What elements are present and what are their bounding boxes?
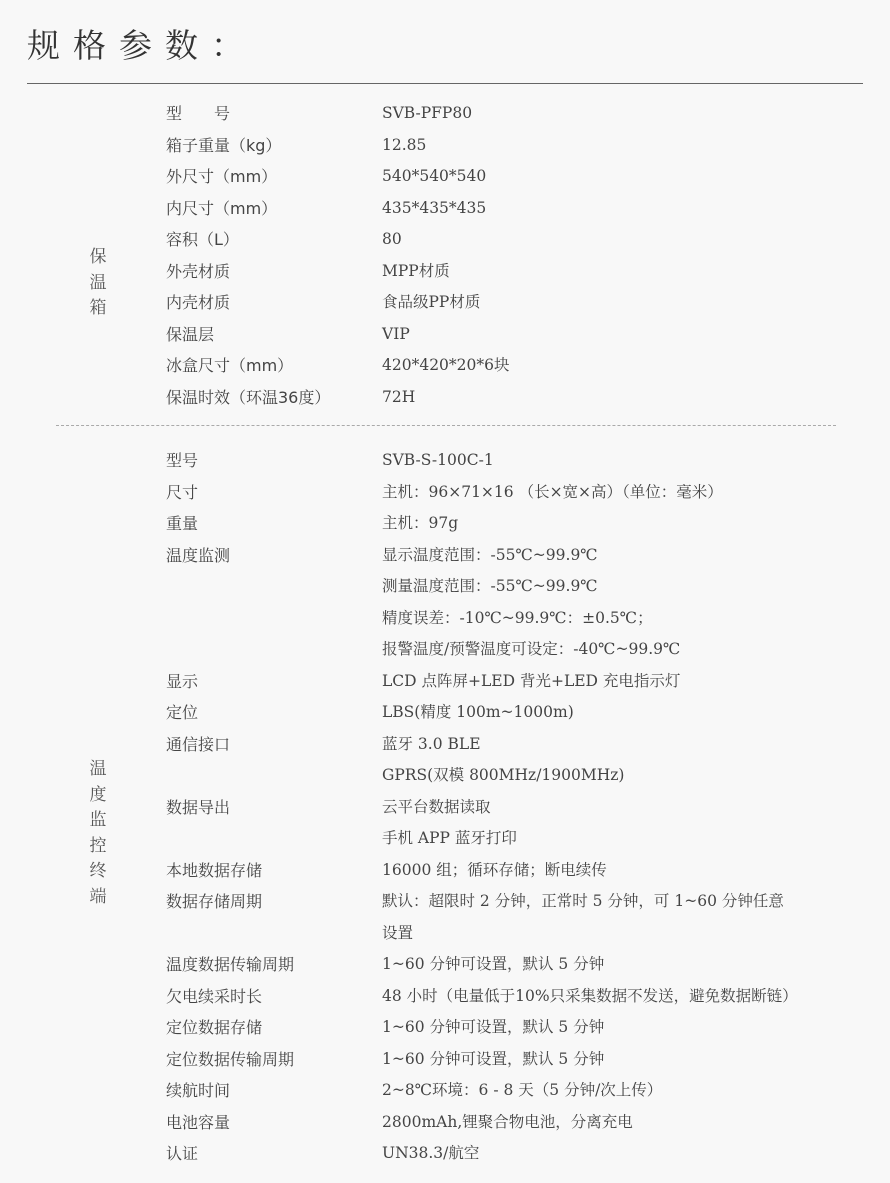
spec-key: 重量 [166, 508, 198, 540]
spec-row: 数据导出云平台数据读取 [0, 792, 890, 824]
spec-row: 冰盒尺寸（mm）420*420*20*6块 [0, 350, 890, 382]
spec-key: 温度监测 [166, 540, 230, 572]
spec-key: 定位数据存储 [166, 1012, 262, 1044]
spec-key: 型号 [166, 445, 198, 477]
spec-key: 内壳材质 [166, 287, 230, 319]
spec-value: 测量温度范围：-55℃~99.9℃ [382, 571, 598, 603]
spec-value: 72H [382, 382, 415, 414]
spec-row: 尺寸主机：96×71×16 （长×宽×高）（单位：毫米） [0, 477, 890, 509]
spec-value: VIP [382, 319, 410, 351]
spec-key: 定位数据传输周期 [166, 1044, 294, 1076]
spec-value: 主机：96×71×16 （长×宽×高）（单位：毫米） [382, 477, 723, 509]
spec-row: 欠电续采时长48 小时（电量低于10%只采集数据不发送，避免数据断链） [0, 981, 890, 1013]
spec-row: 重量主机：97g [0, 508, 890, 540]
spec-row: 定位数据存储1~60 分钟可设置，默认 5 分钟 [0, 1012, 890, 1044]
spec-value: 主机：97g [382, 508, 458, 540]
spec-value: 12.85 [382, 130, 426, 162]
spec-value: 2800mAh,锂聚合物电池，分离充电 [382, 1107, 633, 1139]
spec-value: 420*420*20*6块 [382, 350, 510, 382]
spec-key: 外尺寸（mm） [166, 161, 277, 193]
spec-value: 显示温度范围：-55℃~99.9℃ [382, 540, 598, 572]
spec-key: 容积（L） [166, 224, 239, 256]
spec-row: 内壳材质食品级PP材质 [0, 287, 890, 319]
spec-key: 保温层 [166, 319, 214, 351]
spec-row: 型 号SVB-PFP80 [0, 98, 890, 130]
spec-value: 手机 APP 蓝牙打印 [382, 823, 517, 855]
spec-row: 手机 APP 蓝牙打印 [0, 823, 890, 855]
spec-value: 1~60 分钟可设置，默认 5 分钟 [382, 1012, 604, 1044]
spec-value: 16000 组；循环存储；断电续传 [382, 855, 607, 887]
spec-value: 云平台数据读取 [382, 792, 491, 824]
spec-value: 2~8℃环境：6 - 8 天（5 分钟/次上传） [382, 1075, 662, 1107]
spec-value: 80 [382, 224, 402, 256]
spec-key: 尺寸 [166, 477, 198, 509]
spec-key: 外壳材质 [166, 256, 230, 288]
spec-value: 蓝牙 3.0 BLE [382, 729, 481, 761]
spec-key: 保温时效（环温36度） [166, 382, 330, 414]
spec-value: 435*435*435 [382, 193, 486, 225]
spec-row: 温度监测显示温度范围：-55℃~99.9℃ [0, 540, 890, 572]
spec-row: GPRS(双模 800MHz/1900MHz) [0, 760, 890, 792]
spec-row: 本地数据存储16000 组；循环存储；断电续传 [0, 855, 890, 887]
spec-value: SVB-S-100C-1 [382, 445, 494, 477]
spec-key: 内尺寸（mm） [166, 193, 277, 225]
spec-key: 通信接口 [166, 729, 230, 761]
spec-row: 型号SVB-S-100C-1 [0, 445, 890, 477]
spec-value: SVB-PFP80 [382, 98, 472, 130]
spec-key: 数据存储周期 [166, 886, 262, 918]
spec-value: 默认：超限时 2 分钟，正常时 5 分钟，可 1~60 分钟任意 [382, 886, 784, 918]
spec-row: 箱子重量（kg）12.85 [0, 130, 890, 162]
spec-key: 定位 [166, 697, 198, 729]
spec-value: 设置 [382, 918, 413, 950]
spec-value: 报警温度/预警温度可设定：-40℃~99.9℃ [382, 634, 680, 666]
spec-row: 内尺寸（mm）435*435*435 [0, 193, 890, 225]
spec-key: 欠电续采时长 [166, 981, 262, 1013]
spec-value: 1~60 分钟可设置，默认 5 分钟 [382, 1044, 604, 1076]
spec-key: 型 号 [166, 98, 230, 130]
spec-value: MPP材质 [382, 256, 450, 288]
spec-value: 食品级PP材质 [382, 287, 480, 319]
spec-value: 540*540*540 [382, 161, 486, 193]
spec-key: 箱子重量（kg） [166, 130, 281, 162]
spec-key: 数据导出 [166, 792, 230, 824]
spec-row: 设置 [0, 918, 890, 950]
spec-row: 电池容量2800mAh,锂聚合物电池，分离充电 [0, 1107, 890, 1139]
spec-value: LBS(精度 100m~1000m) [382, 697, 574, 729]
spec-row: 数据存储周期默认：超限时 2 分钟，正常时 5 分钟，可 1~60 分钟任意 [0, 886, 890, 918]
spec-row: 外壳材质MPP材质 [0, 256, 890, 288]
spec-key: 续航时间 [166, 1075, 230, 1107]
spec-value: GPRS(双模 800MHz/1900MHz) [382, 760, 624, 792]
spec-row: 温度数据传输周期1~60 分钟可设置，默认 5 分钟 [0, 949, 890, 981]
spec-row: 精度误差：-10℃~99.9℃：±0.5℃； [0, 603, 890, 635]
spec-row: 定位数据传输周期1~60 分钟可设置，默认 5 分钟 [0, 1044, 890, 1076]
spec-row: 测量温度范围：-55℃~99.9℃ [0, 571, 890, 603]
spec-value: 精度误差：-10℃~99.9℃：±0.5℃； [382, 603, 653, 635]
title-divider [27, 83, 863, 84]
spec-value: LCD 点阵屏+LED 背光+LED 充电指示灯 [382, 666, 680, 698]
spec-key: 温度数据传输周期 [166, 949, 294, 981]
spec-row: 保温时效（环温36度）72H [0, 382, 890, 414]
spec-row: 容积（L）80 [0, 224, 890, 256]
spec-key: 本地数据存储 [166, 855, 262, 887]
spec-value: UN38.3/航空 [382, 1138, 479, 1170]
spec-row: 显示LCD 点阵屏+LED 背光+LED 充电指示灯 [0, 666, 890, 698]
spec-row: 通信接口蓝牙 3.0 BLE [0, 729, 890, 761]
spec-row: 续航时间2~8℃环境：6 - 8 天（5 分钟/次上传） [0, 1075, 890, 1107]
section-divider [56, 425, 836, 426]
spec-row: 外尺寸（mm）540*540*540 [0, 161, 890, 193]
spec-row: 认证UN38.3/航空 [0, 1138, 890, 1170]
spec-value: 1~60 分钟可设置，默认 5 分钟 [382, 949, 604, 981]
spec-key: 认证 [166, 1138, 198, 1170]
spec-key: 显示 [166, 666, 198, 698]
page-title: 规格参数： [27, 22, 257, 70]
spec-key: 电池容量 [166, 1107, 230, 1139]
spec-row: 定位LBS(精度 100m~1000m) [0, 697, 890, 729]
spec-row: 保温层VIP [0, 319, 890, 351]
spec-key: 冰盒尺寸（mm） [166, 350, 293, 382]
spec-value: 48 小时（电量低于10%只采集数据不发送，避免数据断链） [382, 981, 798, 1013]
spec-row: 报警温度/预警温度可设定：-40℃~99.9℃ [0, 634, 890, 666]
